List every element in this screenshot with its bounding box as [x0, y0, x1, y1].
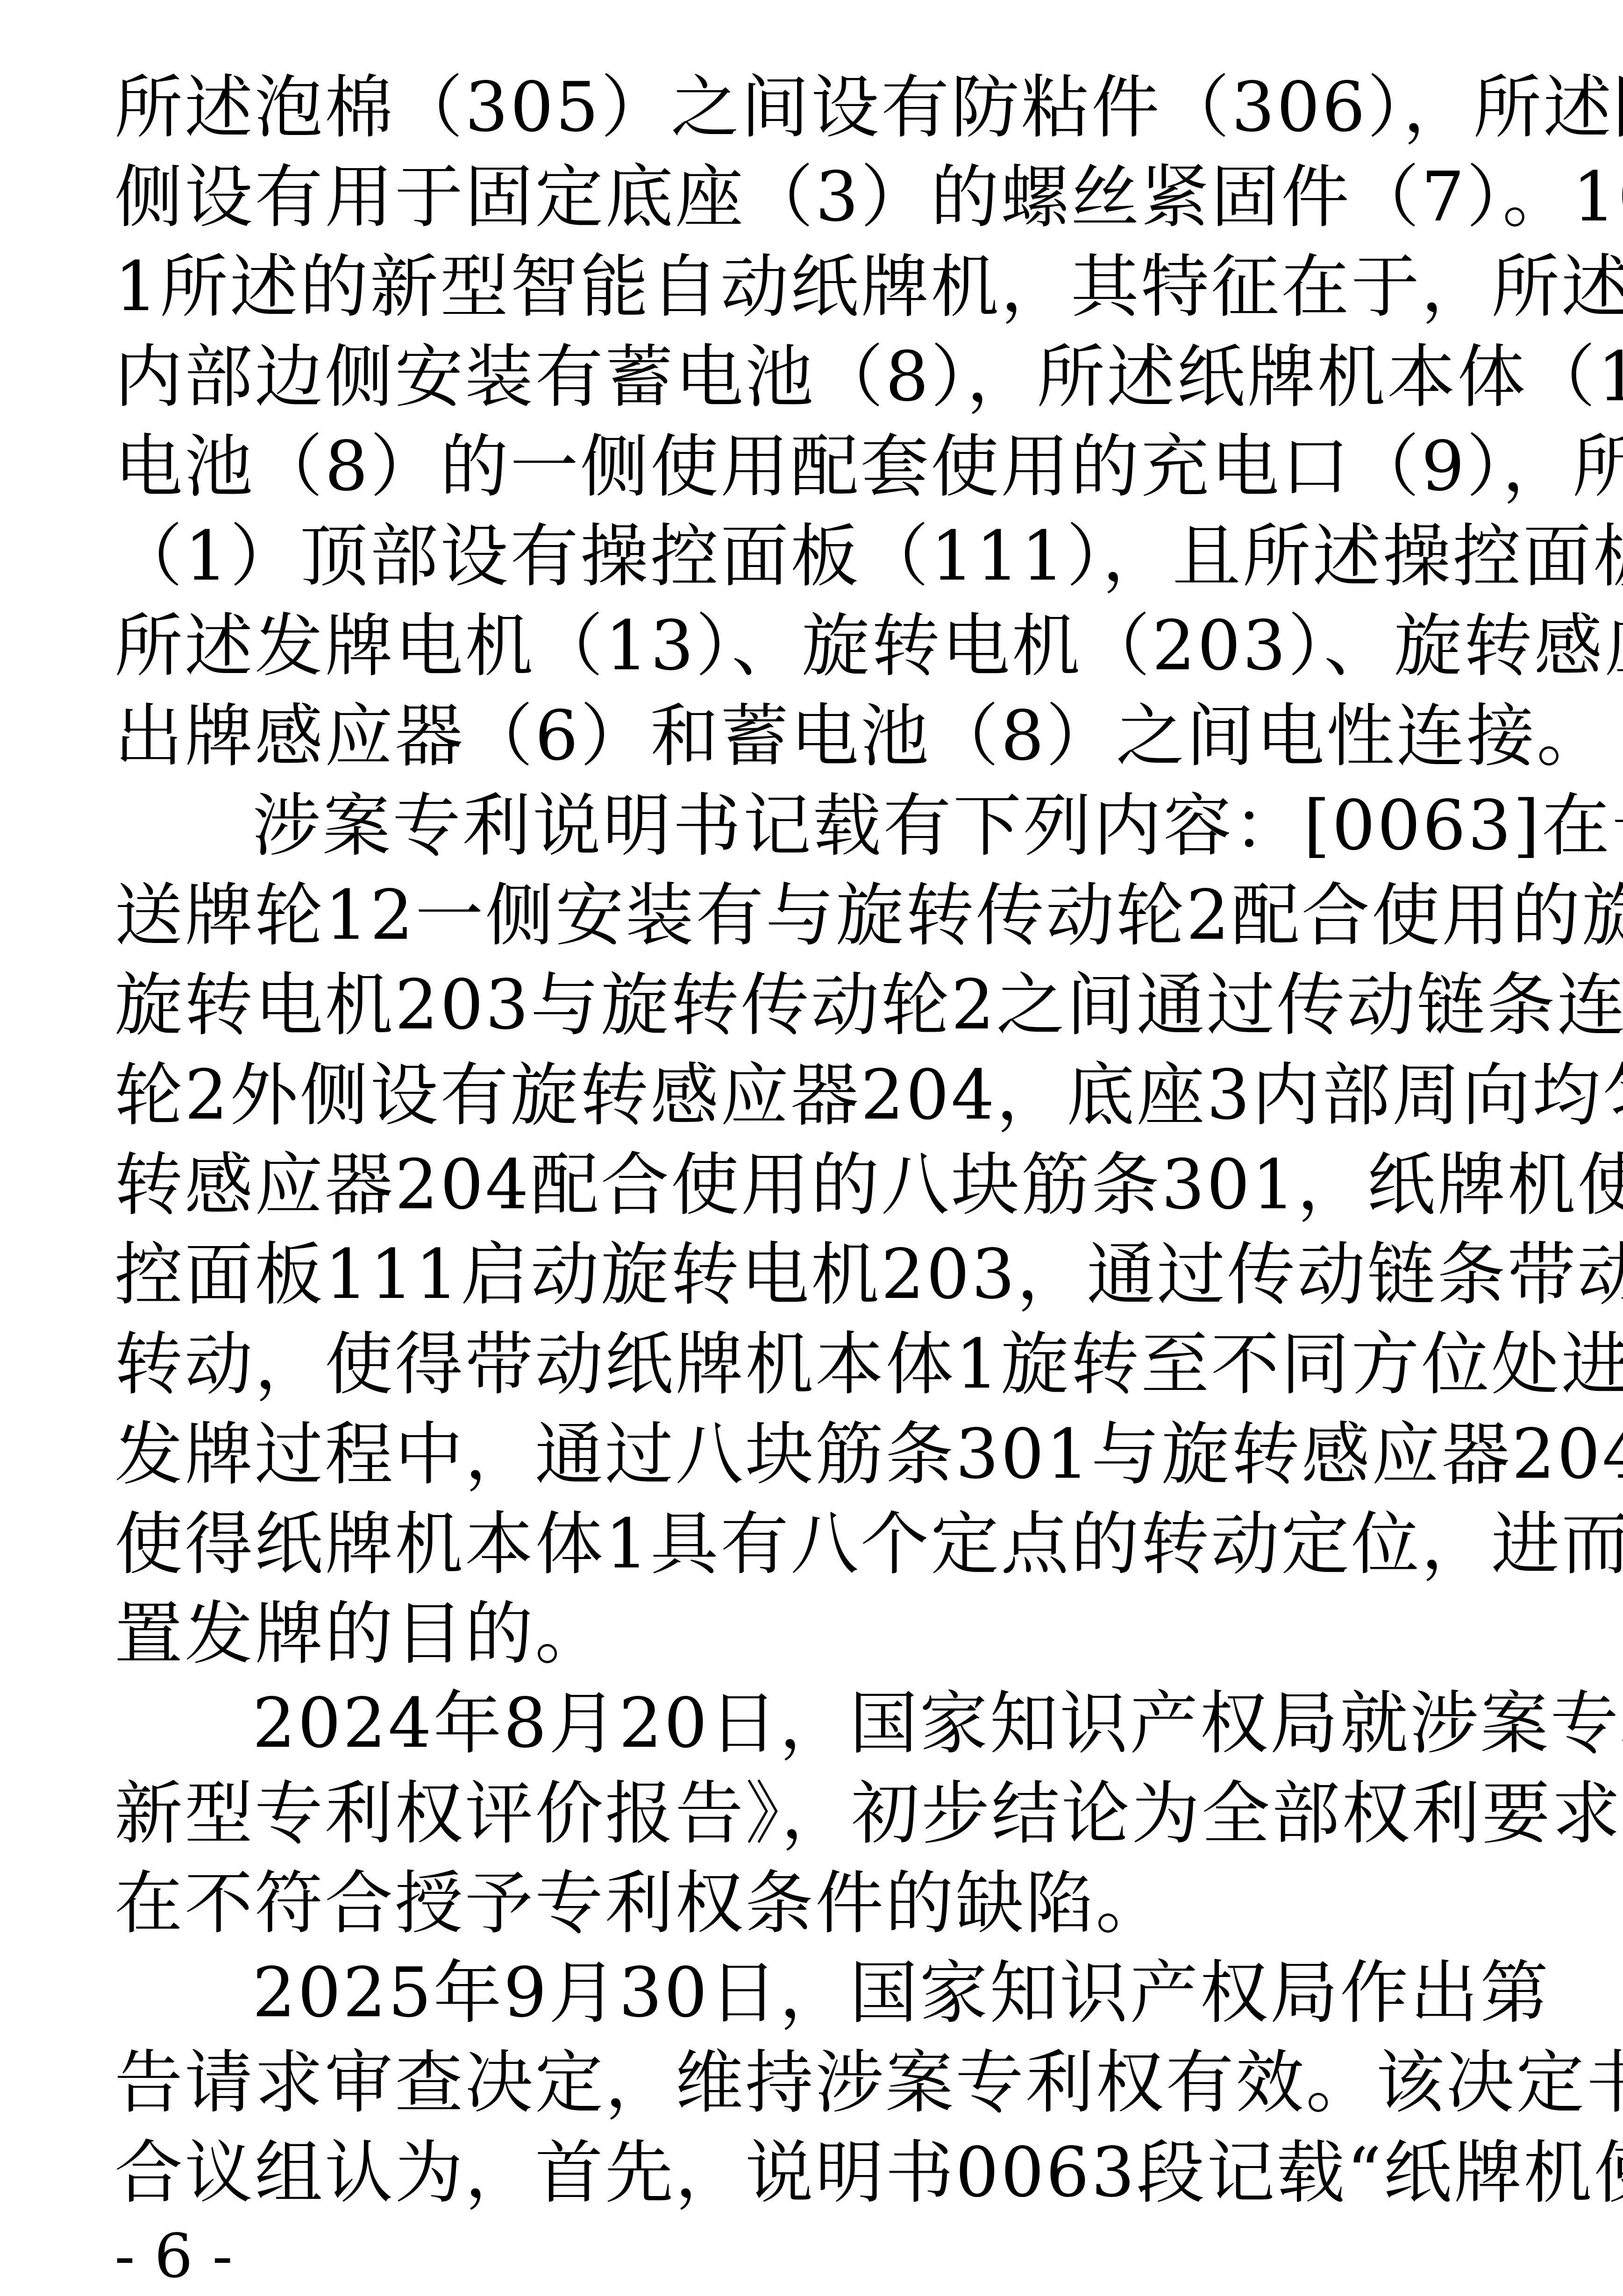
paragraph-first-line: 涉案专利说明书记载有下列内容：[0063]在一些实施例中， — [252, 788, 1516, 863]
decision-text-before-number: 2025年9月30日，国家知识产权局作出第 — [252, 1953, 1550, 2033]
text-line: 出牌感应器（6）和蓄电池（8）之间电性连接。 — [114, 699, 1516, 773]
text-line: 在不符合授予专利权条件的缺陷。 — [114, 1866, 1516, 1941]
text-line: 1所述的新型智能自动纸牌机，其特征在于，所述纸牌机本体（1） — [114, 249, 1516, 324]
text-line: 电池（8）的一侧使用配套使用的充电口（9），所述纸牌机本体 — [114, 429, 1516, 504]
text-line: 送牌轮12一侧安装有与旋转传动轮2配合使用的旋转电机203， — [114, 878, 1516, 953]
text-line: 置发牌的目的。 — [114, 1596, 1516, 1671]
page-number: - 6 - — [114, 2218, 233, 2293]
text-line: （1）顶部设有操控面板（111），且所述操控面板（111）分别与 — [114, 519, 1516, 594]
text-line: 所述泡棉（305）之间设有防粘件（306），所述防粘件（306）内 — [114, 70, 1516, 145]
document-page: 所述泡棉（305）之间设有防粘件（306），所述防粘件（306）内 侧设有用于固… — [0, 0, 1623, 2296]
text-line: 轮2外侧设有旋转感应器204，底座3内部周向均匀布置有与旋 — [114, 1058, 1516, 1133]
paragraph-first-line: 2024年8月20日，国家知识产权局就涉案专利出具《实用 — [252, 1686, 1516, 1761]
text-line: 发牌过程中，通过八块筋条301与旋转感应器204形成感应关系， — [114, 1417, 1516, 1492]
text-line: 新型专利权评价报告》，初步结论为全部权利要求1-10未发现存 — [114, 1776, 1516, 1851]
paragraph-first-line: 2025年9月30日，国家知识产权局作出第号无效宣 — [252, 1956, 1516, 2030]
text-line: 内部边侧安装有蓄电池（8），所述纸牌机本体（1）靠近所述蓄 — [114, 340, 1516, 414]
text-line: 控面板111启动旋转电机203，通过传动链条带动旋转传动轮2 — [114, 1237, 1516, 1312]
text-line: 使得纸牌机本体1具有八个定点的转动定位，进而实现了指定位 — [114, 1507, 1516, 1581]
text-line: 转感应器204配合使用的八块筋条301，纸牌机使用时，通过操 — [114, 1148, 1516, 1222]
text-line: 合议组认为，首先，说明书0063段记载“纸牌机使用时，通过操 — [114, 2135, 1516, 2210]
text-line: 侧设有用于固定底座（3）的螺丝紧固件（7）。10.根据权利要求 — [114, 160, 1516, 234]
text-line: 旋转电机203与旋转传动轮2之间通过传动链条连接，旋转传动 — [114, 968, 1516, 1042]
text-line: 所述发牌电机（13）、旋转电机（203）、旋转感应器（204）、 — [114, 609, 1516, 683]
text-line: 告请求审查决定，维持涉案专利权有效。该决定书载有下列内容： — [114, 2045, 1516, 2120]
text-line: 转动，使得带动纸牌机本体1旋转至不同方位处进行发牌，转动 — [114, 1327, 1516, 1402]
